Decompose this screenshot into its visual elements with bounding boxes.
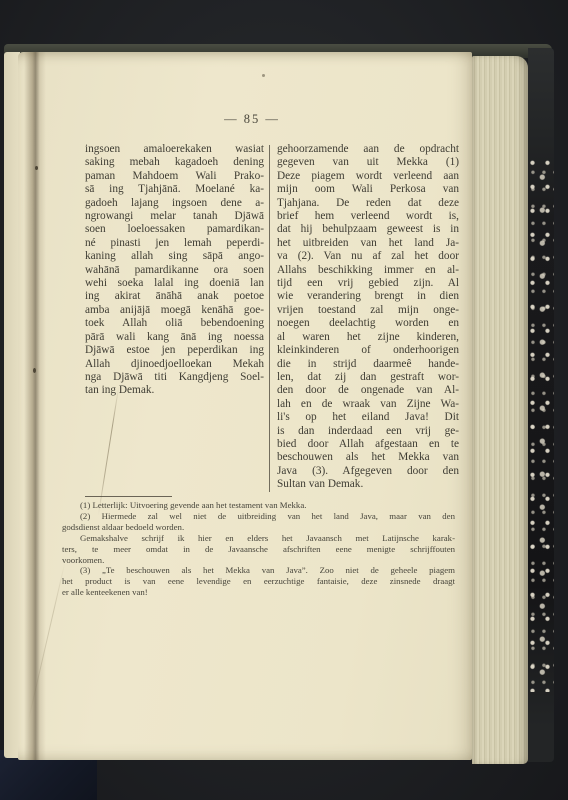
text-line: toek Allah oliā bebendoening bbox=[85, 317, 264, 330]
text-line: al waren het zijne kinderen, bbox=[277, 331, 459, 344]
text-line: tijd een vrij gebied zijn. Al bbox=[277, 277, 459, 290]
footnote-separator bbox=[85, 496, 172, 497]
footnote-line: er alle kenteekenen van! bbox=[62, 587, 455, 598]
footnote-line: ters, te meer omdat in de Javaansche afs… bbox=[62, 544, 455, 555]
footnote-line: voorkomen. bbox=[62, 555, 455, 566]
footnote-line: godsdienst aldaar bedoeld worden. bbox=[62, 522, 455, 533]
text-line: va (2). Van nu af zal het door bbox=[277, 250, 459, 263]
text-line: ing akirat ānāhā anak poetoe bbox=[85, 290, 264, 303]
footnotes: (1) Letterlijk: Uitvoering gevende aan h… bbox=[62, 500, 455, 598]
footnote-line: Gemakshalve schrijf ik hier en elders he… bbox=[62, 533, 455, 544]
text-line: ngrowangi melar tanah Djāwā bbox=[85, 210, 264, 223]
text-line: len, dat zij dan gestraft wor- bbox=[277, 371, 459, 384]
footnote-line: (1) Letterlijk: Uitvoering gevende aan h… bbox=[62, 500, 455, 511]
text-column-right: gehoorzamende aan de opdrachtgegeven van… bbox=[277, 143, 459, 492]
text-line: gehoorzamende aan de opdracht bbox=[277, 143, 459, 156]
text-line: soen loeloessaken pamardikan- bbox=[85, 223, 264, 236]
footnote-line: (2) Hiermede zal wel niet de uitbreiding… bbox=[62, 511, 455, 522]
text-line: nga Djāwā titi Kangdjeng Soel- bbox=[85, 371, 264, 384]
text-column-left: ingsoen amaloerekaken wasiatsaking mebah… bbox=[85, 143, 264, 398]
text-line: vrijen toestand zal mijn onge- bbox=[277, 304, 459, 317]
text-line: Deze piagem wordt verleend aan bbox=[277, 170, 459, 183]
text-line: né pinasti jen lemah peperdi- bbox=[85, 237, 264, 250]
text-line: noegen deelachtig worden en bbox=[277, 317, 459, 330]
text-line: Djāwā estoe jen peperdikan ing bbox=[85, 344, 264, 357]
text-line: het uitbreiden van het land Ja- bbox=[277, 237, 459, 250]
text-line: gegeven van uit Mekka (1) bbox=[277, 156, 459, 169]
text-line: ingsoen amaloerekaken wasiat bbox=[85, 143, 264, 156]
page-speck bbox=[262, 74, 265, 77]
text-line: pārā wali kang ānā ing noessa bbox=[85, 331, 264, 344]
text-line: li's op het eiland Java! Dit bbox=[277, 411, 459, 424]
marble-pattern bbox=[528, 158, 554, 692]
text-line: wehi soeka lalal ing doeniā lan bbox=[85, 277, 264, 290]
text-line: sā ing Tjahjānā. Moelané ka- bbox=[85, 183, 264, 196]
text-line: brief hem verleend wordt is, bbox=[277, 210, 459, 223]
text-line: bied door Allah afgestaan en te bbox=[277, 438, 459, 451]
text-line: Allah djinoedjoelloekan Mekah bbox=[85, 358, 264, 371]
text-line: dat hij behulpzaam geweest is in bbox=[277, 223, 459, 236]
page-number: — 85 — bbox=[190, 112, 314, 127]
text-line: Java (3). Afgegeven door den bbox=[277, 465, 459, 478]
column-divider bbox=[269, 145, 270, 492]
text-line: amba anijājā moegā kenāhā goe- bbox=[85, 304, 264, 317]
book-cover-marble bbox=[528, 48, 554, 762]
text-line: tan ing Demak. bbox=[85, 384, 264, 397]
text-line: paman Mahdoem Wali Prako- bbox=[85, 170, 264, 183]
text-line: lah en de wraak van Zijne Wa- bbox=[277, 398, 459, 411]
text-line: Sultan van Demak. bbox=[277, 478, 459, 491]
text-line: gadoeh lajang ingsoen dene a- bbox=[85, 197, 264, 210]
page-speck bbox=[33, 368, 36, 373]
footnote-line: het product is van eene levendige en eer… bbox=[62, 576, 455, 587]
book-photo: — 85 — ingsoen amaloerekaken wasiatsakin… bbox=[0, 0, 568, 800]
text-line: wahānā pamardikanne ora soen bbox=[85, 264, 264, 277]
text-line: kaning allah sing sāpā ango- bbox=[85, 250, 264, 263]
footnote-line: (3) „Te beschouwen als het Mekka van Jav… bbox=[62, 565, 455, 576]
text-line: beschouwen als het Mekka van bbox=[277, 451, 459, 464]
text-line: is dan inderdaad een vrij ge- bbox=[277, 425, 459, 438]
text-line: mijn oom Wali Perkosa van bbox=[277, 183, 459, 196]
text-line: Tjahjana. De reden dat deze bbox=[277, 197, 459, 210]
text-line: den door de ongenade van Al- bbox=[277, 384, 459, 397]
text-line: kleinkinderen of onderhoorigen bbox=[277, 344, 459, 357]
text-line: wie verandering brengt in dien bbox=[277, 290, 459, 303]
text-line: die in strijd daarmeê hande- bbox=[277, 358, 459, 371]
text-line: saking mebah kagadoeh dening bbox=[85, 156, 264, 169]
page-speck bbox=[35, 166, 38, 170]
text-line: Allahs beschikking immer en al- bbox=[277, 264, 459, 277]
page-fore-edge-stack bbox=[472, 56, 528, 764]
